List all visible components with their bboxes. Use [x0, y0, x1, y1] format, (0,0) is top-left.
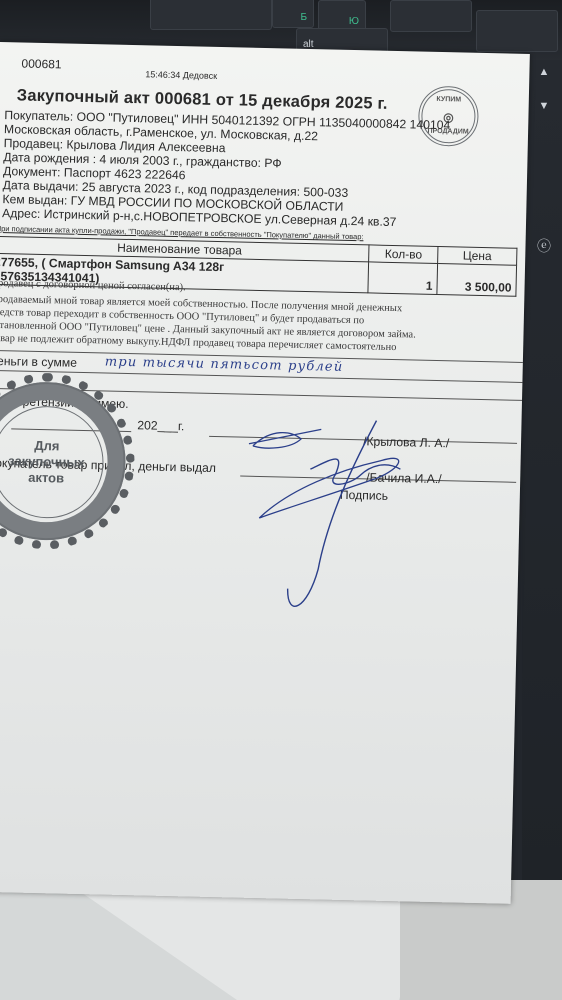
amount-label: Деньги в сумме: [0, 354, 77, 370]
column-header-qty: Кол-во: [369, 245, 438, 264]
print-timestamp: 15:46:34 Дедовск: [145, 69, 217, 81]
purchase-act-document: 000681 15:46:34 Дедовск КУПИМ ◎ ПРОДАДИМ…: [0, 42, 530, 904]
page-up-icon: ▲: [534, 66, 554, 82]
date-blank-suffix: 202___г.: [137, 418, 184, 433]
seller-signature-name: /Крылова Л. А./: [363, 434, 450, 450]
keyboard-key: [150, 0, 272, 30]
signature-label: Подпись: [340, 488, 389, 503]
keyboard-key-enter: [476, 10, 558, 52]
page-down-icon: ▼: [534, 100, 554, 116]
internet-explorer-icon: ⓔ: [534, 236, 554, 252]
column-header-price: Цена: [438, 246, 517, 265]
item-price: 3 500,00: [437, 263, 517, 296]
laptop-side-panel: ▲ ▼ ⓔ: [522, 60, 562, 880]
document-number: 000681: [21, 56, 61, 71]
buyer-signature-name: /Бачила И.А./: [366, 470, 442, 486]
item-qty: 1: [368, 262, 437, 295]
top-stamp: КУПИМ ◎ ПРОДАДИМ: [418, 86, 479, 147]
keyboard-key: Б: [272, 0, 314, 28]
keyboard-key: [390, 0, 472, 32]
